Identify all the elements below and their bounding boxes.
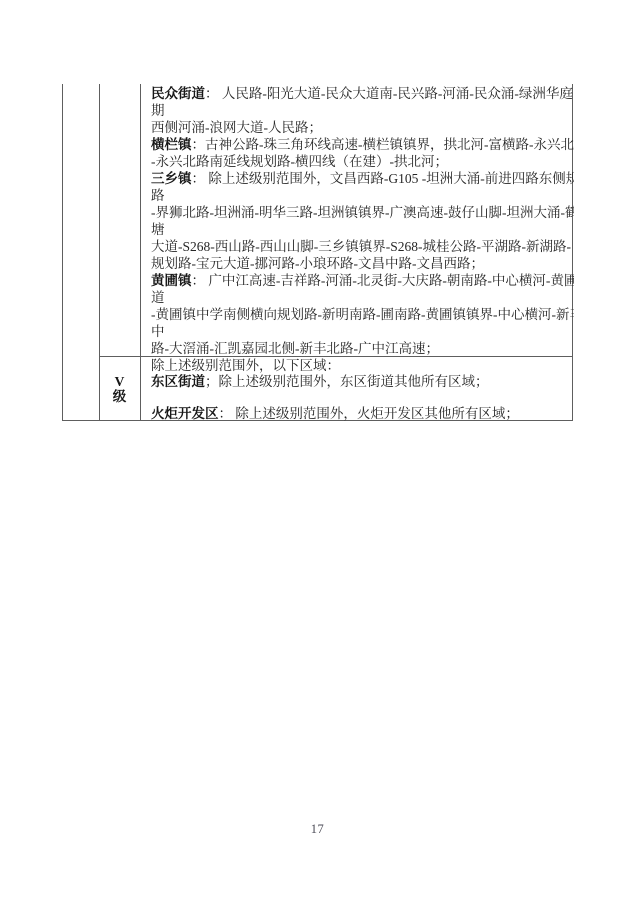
text-segment: ；除上述级别范围外，东区街道其他所有区域；: [205, 374, 489, 389]
text-line: 级: [113, 389, 127, 404]
text-segment: 道: [151, 290, 165, 305]
text-segment-bold: 级: [113, 389, 127, 404]
text-segment: 塘: [151, 222, 165, 237]
text-segment: 中: [151, 324, 165, 339]
page-number: 17: [0, 822, 635, 837]
text-segment-bold: V: [115, 374, 125, 389]
text-segment: -永兴北路南延线规划路-横四线（在建）-拱北河；: [151, 154, 448, 169]
text-segment: -黄圃镇中学南侧横向规划路-新明南路-圃南路-黄圃镇镇界-中心横河-新丰: [151, 307, 574, 322]
text-segment-bold: 东区街道: [151, 374, 205, 389]
text-segment: -界狮北路-坦洲涌-明华三路-坦洲镇镇界-广澳高速-鼓仔山脚-坦洲大涌-鹤: [151, 205, 574, 220]
text-segment: ：古神公路-珠三角环线高速-横栏镇镇界，拱北河-富横路-永兴北路: [192, 137, 575, 152]
text-segment: ： 除上述级别范围外，文昌西路-G105 -坦洲大涌-前进四路东侧规划: [192, 171, 575, 186]
text-segment: ： 广中江高速-吉祥路-河涌-北灵街-大庆路-朝南路-中心横河-黄圃水: [192, 273, 575, 288]
text-line: 大道-S268-西山路-西山山脚-三乡镇镇界-S268-城桂公路-平湖路-新湖路…: [151, 238, 571, 255]
text-segment: 规划路-宝元大道-挪河路-小琅环路-文昌中路-文昌西路；: [151, 256, 484, 271]
text-line: -黄圃镇中学南侧横向规划路-新明南路-圃南路-黄圃镇镇界-中心横河-新丰: [151, 306, 571, 323]
text-segment-bold: 三乡镇: [151, 171, 192, 186]
row-v-content-cell: 除上述级别范围外，以下区域：东区街道；除上述级别范围外，东区街道其他所有区域；火…: [140, 356, 574, 421]
text-line: V: [115, 374, 125, 389]
text-segment-bold: 火炬开发区: [151, 406, 219, 421]
document-page: 民众街道： 人民路-阳光大道-民众大道南-民兴路-河涌-民众涌-绿洲华庭四期西侧…: [0, 0, 635, 898]
text-segment-bold: 民众街道: [151, 86, 205, 101]
text-line: 中: [151, 323, 571, 340]
text-line: 塘: [151, 221, 571, 238]
text-line: 路: [151, 187, 571, 204]
text-segment: 除上述级别范围外，以下区域：: [151, 358, 340, 373]
text-segment: ： 人民路-阳光大道-民众大道南-民兴路-河涌-民众涌-绿洲华庭四: [205, 86, 574, 101]
text-segment: 路-大滘涌-汇凯嘉园北侧-新丰北路-广中江高速；: [151, 341, 439, 356]
row-iv-content-cell: 民众街道： 人民路-阳光大道-民众大道南-民兴路-河涌-民众涌-绿洲华庭四期西侧…: [140, 84, 574, 356]
text-segment-bold: 横栏镇: [151, 137, 192, 152]
zone-level-table: 民众街道： 人民路-阳光大道-民众大道南-民兴路-河涌-民众涌-绿洲华庭四期西侧…: [62, 84, 573, 421]
text-line: 期: [151, 102, 571, 119]
level-v-label-cell: V级: [99, 356, 140, 421]
text-line: 规划路-宝元大道-挪河路-小琅环路-文昌中路-文昌西路；: [151, 255, 571, 272]
text-segment: 期: [151, 103, 165, 118]
text-line: 道: [151, 289, 571, 306]
text-line: 除上述级别范围外，以下区域：: [151, 358, 571, 374]
text-line: 黄圃镇： 广中江高速-吉祥路-河涌-北灵街-大庆路-朝南路-中心横河-黄圃水: [151, 272, 571, 289]
text-line: -界狮北路-坦洲涌-明华三路-坦洲镇镇界-广澳高速-鼓仔山脚-坦洲大涌-鹤: [151, 204, 571, 221]
text-line: 东区街道；除上述级别范围外，东区街道其他所有区域；: [151, 374, 571, 390]
text-segment: 大道-S268-西山路-西山山脚-三乡镇镇界-S268-城桂公路-平湖路-新湖路…: [151, 239, 571, 254]
text-line: 路-大滘涌-汇凯嘉园北侧-新丰北路-广中江高速；: [151, 340, 571, 356]
text-line: 西侧河涌-浪网大道-人民路；: [151, 119, 571, 136]
text-segment-bold: 黄圃镇: [151, 273, 192, 288]
text-line: 横栏镇：古神公路-珠三角环线高速-横栏镇镇界，拱北河-富横路-永兴北路: [151, 136, 571, 153]
text-segment: 路: [151, 188, 165, 203]
text-segment: 西侧河涌-浪网大道-人民路；: [151, 120, 322, 135]
text-line: [151, 390, 571, 406]
text-line: 民众街道： 人民路-阳光大道-民众大道南-民兴路-河涌-民众涌-绿洲华庭四: [151, 85, 571, 102]
text-line: -永兴北路南延线规划路-横四线（在建）-拱北河；: [151, 153, 571, 170]
text-line: 火炬开发区： 除上述级别范围外，火炬开发区其他所有区域；: [151, 406, 571, 421]
text-segment: ： 除上述级别范围外，火炬开发区其他所有区域；: [219, 406, 519, 421]
text-line: 三乡镇： 除上述级别范围外，文昌西路-G105 -坦洲大涌-前进四路东侧规划: [151, 170, 571, 187]
